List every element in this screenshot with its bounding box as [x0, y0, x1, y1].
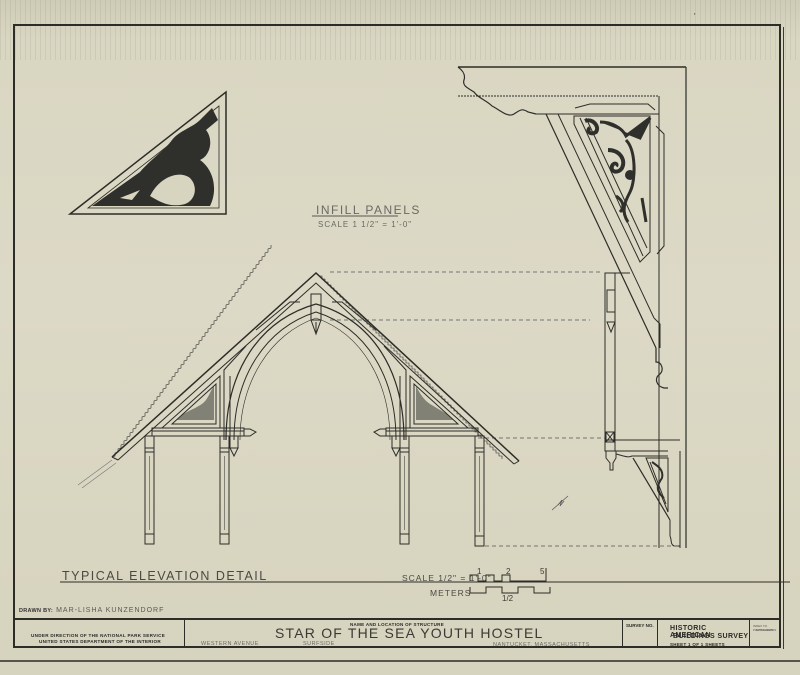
scale-tick-5: 5: [540, 567, 544, 576]
structure-city-state: NANTUCKET, MASSACHUSETTS: [493, 642, 590, 648]
scale-tick-2: 2: [506, 567, 510, 576]
infill-panels-scale: SCALE 1 1/2" = 1'-0": [318, 220, 412, 229]
habs-cell: HISTORIC AMERICAN BUILDINGS SURVEY SHEET…: [658, 620, 750, 648]
title-block: UNDER DIRECTION OF THE NATIONAL PARK SER…: [13, 618, 781, 648]
scale-tick-1: 1: [477, 567, 481, 576]
structure-street: WESTERN AVENUE: [201, 641, 259, 647]
structure-name: STAR OF THE SEA YOUTH HOSTEL: [275, 625, 544, 641]
survey-number-label: SURVEY NO.: [626, 623, 654, 628]
stamp-line-2: MASS-NANT: [756, 628, 774, 632]
infill-panels-title: INFILL PANELS: [316, 203, 421, 217]
agency-cell: UNDER DIRECTION OF THE NATIONAL PARK SER…: [13, 620, 185, 648]
index-stamp-cell: INDEX TO PHOTOGRAPHS MASS-NANT: [750, 620, 781, 648]
section-post-detail: [605, 273, 680, 548]
meters-label: METERS: [430, 588, 471, 598]
drawn-by-label: DRAWN BY:: [19, 608, 53, 614]
drawn-by-name: MAR-LISHA KUNZENDORF: [56, 607, 164, 614]
gable-elevation: [78, 245, 519, 546]
infill-panel-triangle: [70, 92, 226, 214]
reference-lines: [330, 272, 680, 546]
meter-tick-half: 1/2: [502, 594, 513, 603]
drawn-by: DRAWN BY:MAR-LISHA KUNZENDORF: [19, 607, 164, 614]
sheet-number: SHEET 1 OF 1 SHEETS: [670, 642, 725, 647]
break-mark: [552, 496, 568, 510]
structure-area: SURFSIDE: [303, 641, 335, 647]
elevation-detail-title: TYPICAL ELEVATION DETAIL: [62, 569, 268, 583]
agency-line-1: UNDER DIRECTION OF THE NATIONAL PARK SER…: [31, 633, 165, 638]
habs-line-2: BUILDINGS SURVEY: [673, 633, 749, 640]
structure-name-cell: NAME AND LOCATION OF STRUCTURE STAR OF T…: [185, 620, 623, 648]
survey-number-cell: SURVEY NO.: [623, 620, 658, 648]
agency-line-2: UNITED STATES DEPARTMENT OF THE INTERIOR: [39, 639, 161, 644]
sheet-bottom-edge: [0, 660, 800, 662]
porch-posts: [145, 436, 484, 546]
eave-bracket-detail: [458, 67, 686, 548]
